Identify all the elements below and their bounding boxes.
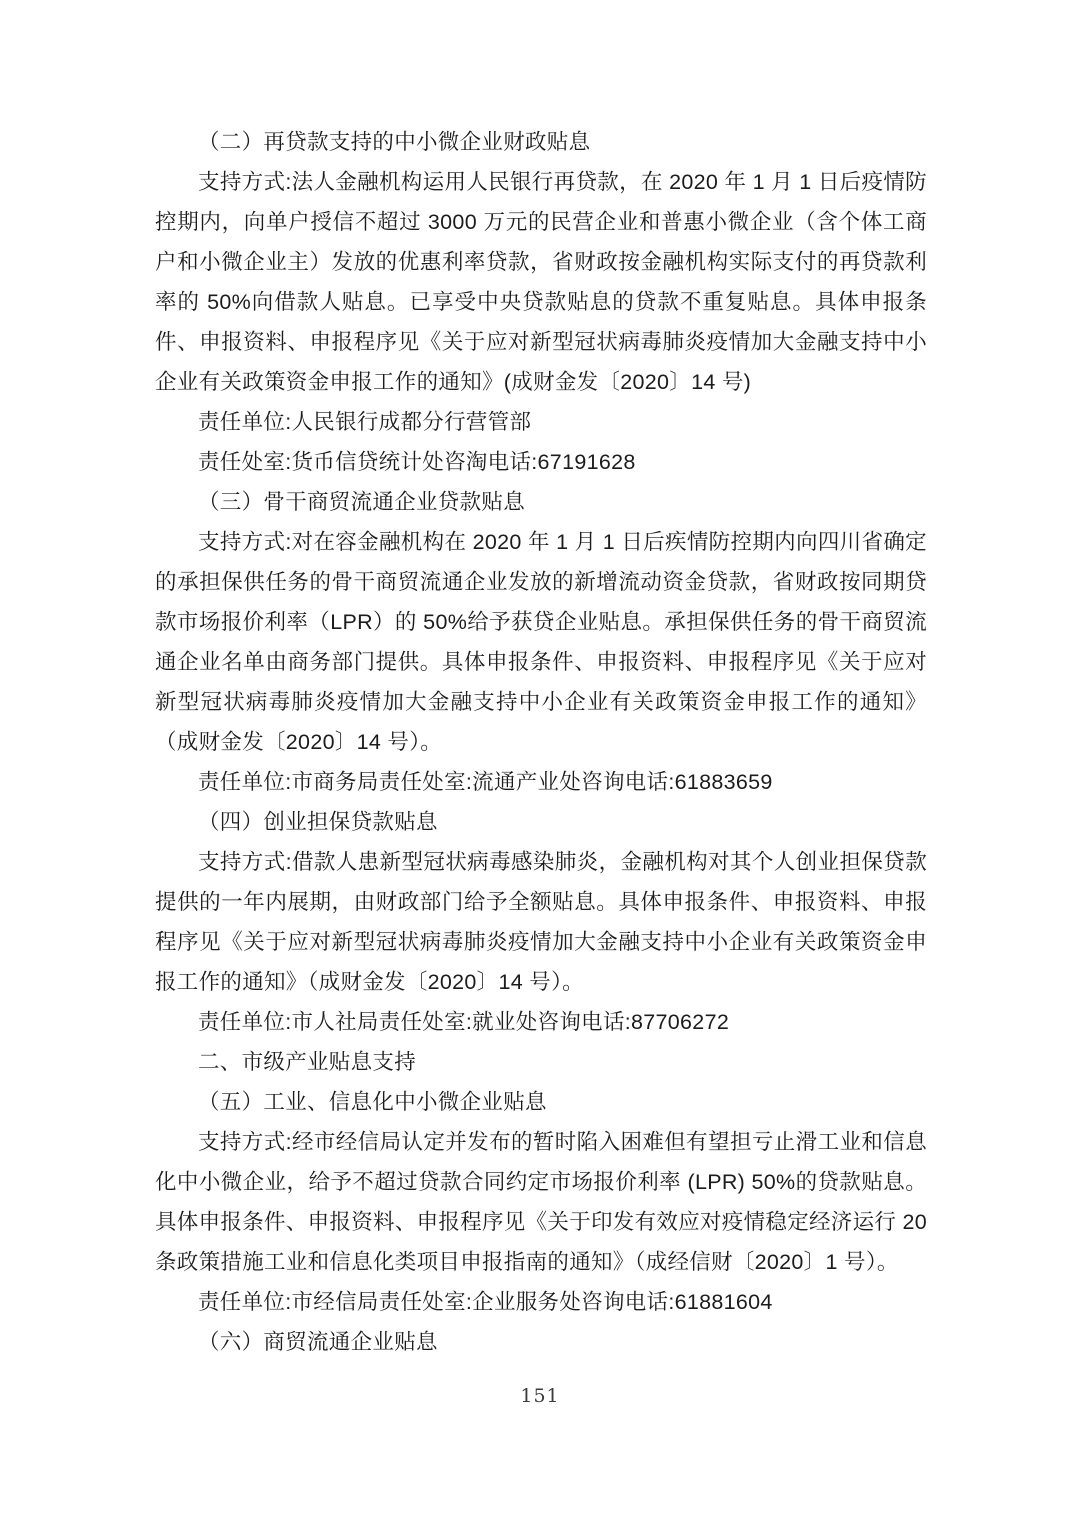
section-heading-3: （三）骨干商贸流通企业贷款贴息 (155, 482, 927, 522)
responsible-unit-line: 责任单位:市商务局责任处室:流通产业处咨询电话:61883659 (155, 762, 927, 802)
section-heading-5: （五）工业、信息化中小微企业贴息 (155, 1082, 927, 1122)
section-heading-2: （二）再贷款支持的中小微企业财政贴息 (155, 122, 927, 162)
responsible-unit-line: 责任单位:人民银行成都分行营管部 (155, 402, 927, 442)
support-method-paragraph: 支持方式:对在容金融机构在 2020 年 1 月 1 日后疾情防控期内向四川省确… (155, 522, 927, 762)
section-heading-4: （四）创业担保贷款贴息 (155, 802, 927, 842)
support-method-paragraph: 支持方式:法人金融机构运用人民银行再贷款，在 2020 年 1 月 1 日后疫情… (155, 162, 927, 402)
responsible-unit-line: 责任单位:市人社局责任处室:就业处咨询电话:87706272 (155, 1002, 927, 1042)
section-heading-6: （六）商贸流通企业贴息 (155, 1322, 927, 1362)
document-body: （二）再贷款支持的中小微企业财政贴息 支持方式:法人金融机构运用人民银行再贷款，… (155, 122, 927, 1362)
chapter-heading-2: 二、市级产业贴息支持 (155, 1042, 927, 1082)
support-method-paragraph: 支持方式:借款人患新型冠状病毒感染肺炎，金融机构对其个人创业担保贷款提供的一年内… (155, 842, 927, 1002)
document-page: （二）再贷款支持的中小微企业财政贴息 支持方式:法人金融机构运用人民银行再贷款，… (0, 0, 1080, 1527)
page-number: 151 (0, 1385, 1080, 1407)
support-method-paragraph: 支持方式:经市经信局认定并发布的暂时陷入困难但有望担亏止滑工业和信息化中小微企业… (155, 1122, 927, 1282)
responsible-office-line: 责任处室:货币信贷统计处咨淘电话:67191628 (155, 442, 927, 482)
responsible-unit-line: 责任单位:市经信局责任处室:企业服务处咨询电话:61881604 (155, 1282, 927, 1322)
